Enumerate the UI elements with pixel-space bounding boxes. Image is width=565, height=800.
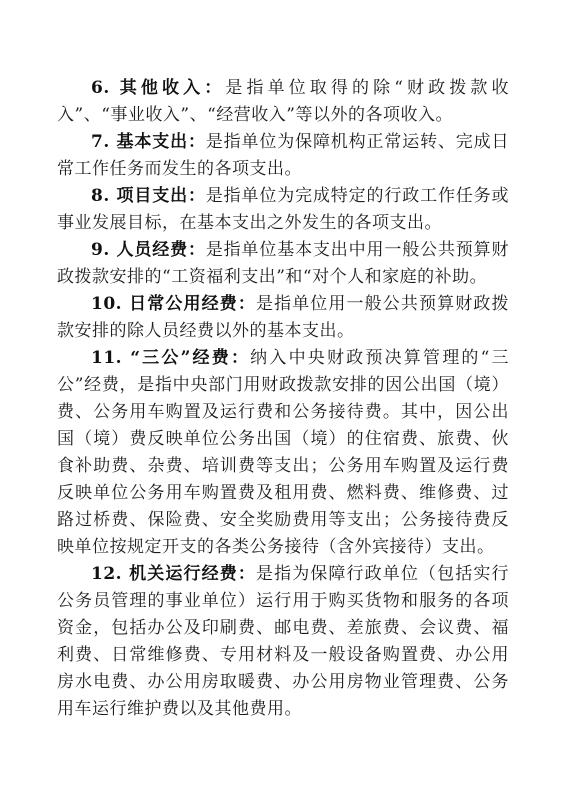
definition-term: 7. 基本支出： (91, 132, 206, 152)
definition-paragraph-agency-operating-funds: 12. 机关运行经费：是指为保障行政单位（包括实行公务员管理的事业单位）运行用于… (57, 561, 509, 723)
definition-paragraph-personnel-funds: 9. 人员经费：是指单位基本支出中用一般公共预算财政拨款安排的“工资福利支出”和… (57, 237, 509, 291)
definition-body: 纳入中央财政预决算管理的“三公”经费，是指中央部门用财政拨款安排的因公出国（境）… (57, 348, 509, 557)
definition-term: 10. 日常公用经费： (91, 294, 256, 314)
definition-paragraph-project-expenditure: 8. 项目支出：是指单位为完成特定的行政工作任务或事业发展目标，在基本支出之外发… (57, 183, 509, 237)
definition-paragraph-other-income: 6. 其他收入：是指单位取得的除“财政拨款收入”、“事业收入”、“经营收入”等以… (57, 75, 509, 129)
document-content: 6. 其他收入：是指单位取得的除“财政拨款收入”、“事业收入”、“经营收入”等以… (57, 75, 509, 723)
definition-term: 8. 项目支出： (91, 186, 206, 206)
definition-term: 11. “三公”经费： (91, 348, 250, 368)
definition-paragraph-daily-public-funds: 10. 日常公用经费：是指单位用一般公共预算财政拨款安排的除人员经费以外的基本支… (57, 291, 509, 345)
definition-paragraph-three-public-funds: 11. “三公”经费：纳入中央财政预决算管理的“三公”经费，是指中央部门用财政拨… (57, 345, 509, 561)
definition-term: 6. 其他收入： (91, 78, 225, 98)
definition-term: 9. 人员经费： (91, 240, 206, 260)
definition-term: 12. 机关运行经费： (91, 564, 256, 584)
definition-paragraph-basic-expenditure: 7. 基本支出：是指单位为保障机构正常运转、完成日常工作任务而发生的各项支出。 (57, 129, 509, 183)
document-page: 6. 其他收入：是指单位取得的除“财政拨款收入”、“事业收入”、“经营收入”等以… (0, 0, 565, 800)
definition-body: 是指为保障行政单位（包括实行公务员管理的事业单位）运行用于购买货物和服务的各项资… (57, 564, 509, 719)
